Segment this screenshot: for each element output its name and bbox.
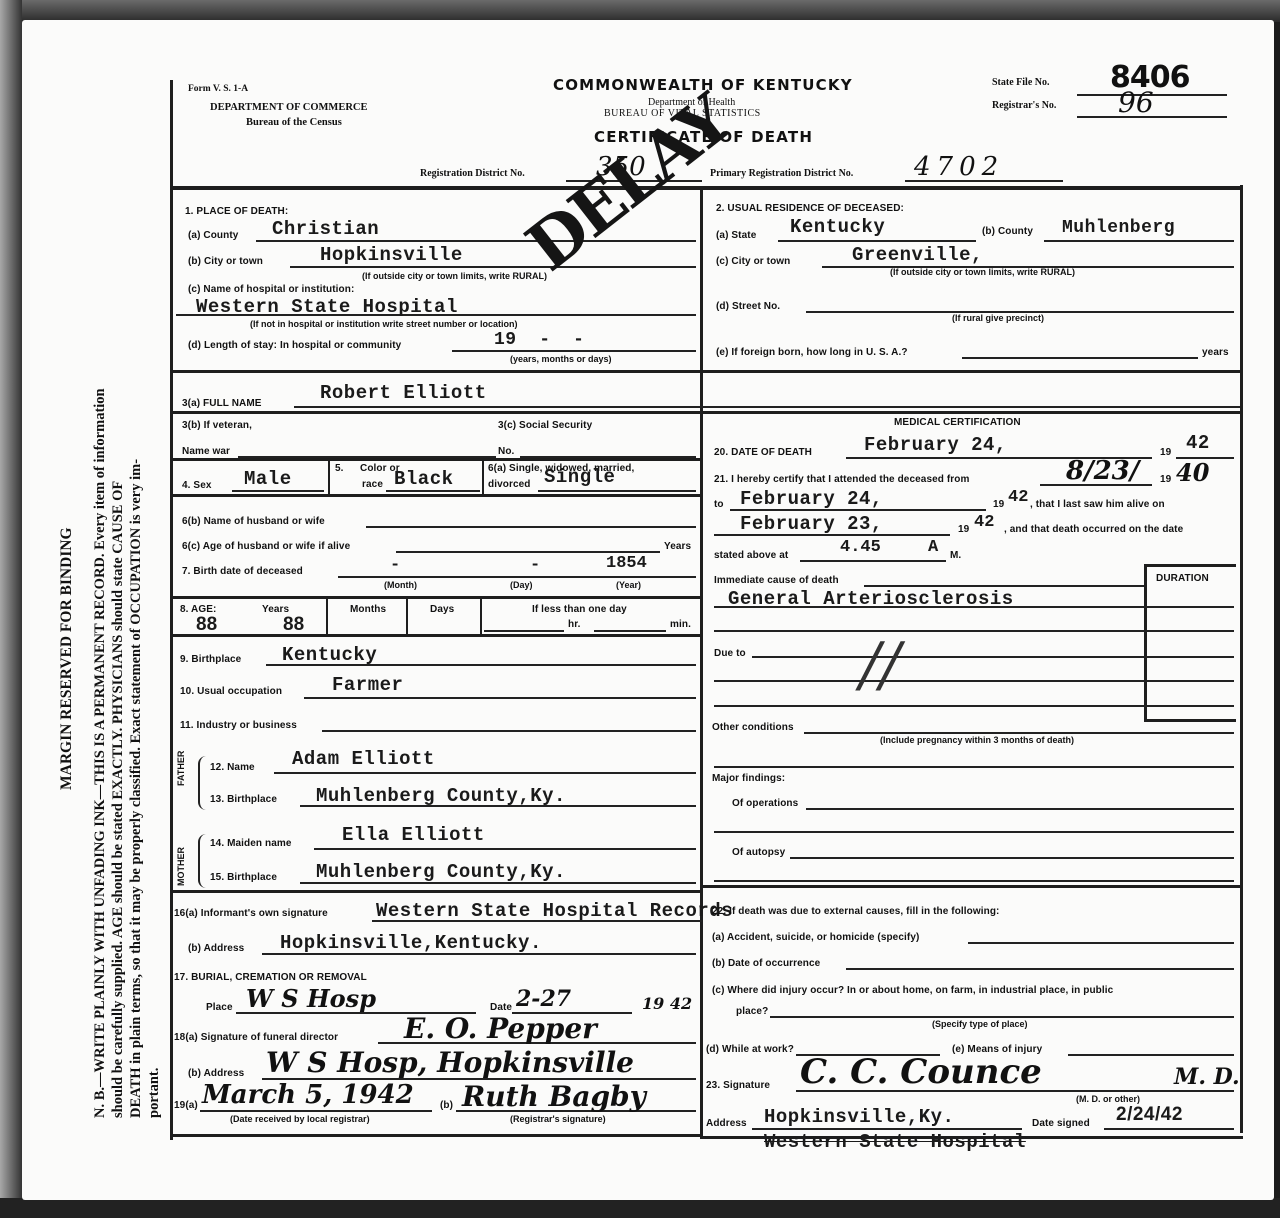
race-value: Black: [394, 468, 454, 490]
registrar-signature-label: (b): [440, 1100, 453, 1111]
day-hint: (Day): [510, 580, 533, 590]
physician-signature: C. C. Counce: [800, 1052, 1042, 1092]
margin-instruction-line2: should be carefully supplied. AGE should…: [110, 481, 127, 1118]
spouse-age-underline: [396, 551, 660, 553]
findings-line-mid: [714, 831, 1234, 833]
ss-no-label: No.: [498, 446, 514, 457]
date-received-underline: [200, 1110, 432, 1112]
burial-label: 17. BURIAL, CREMATION OR REMOVAL: [174, 972, 367, 983]
physician-title-hint: (M. D. or other): [1076, 1094, 1140, 1104]
time-of-death-value: 4.45: [840, 538, 881, 557]
margin-binding-note: MARGIN RESERVED FOR BINDING: [58, 527, 75, 790]
date-signed-value: 2/24/42: [1116, 1104, 1183, 1126]
divider: [326, 598, 328, 634]
mother-name-underline: [314, 848, 696, 850]
other-conditions-underline: [804, 732, 1234, 734]
to-year-value: 42: [1008, 488, 1028, 507]
form-left-border: [170, 80, 173, 1140]
father-name-label: 12. Name: [210, 762, 255, 773]
industry-label: 11. Industry or business: [180, 720, 297, 731]
mother-name-value: Ella Elliott: [342, 824, 485, 846]
date-of-death-label: 20. DATE OF DEATH: [714, 447, 812, 458]
date-signed-underline: [1104, 1128, 1234, 1130]
findings-line-bottom: [714, 880, 1234, 882]
section-rule-1: [170, 370, 1243, 373]
form-bottom-rule-left: [170, 1134, 702, 1137]
autopsy-label: Of autopsy: [732, 847, 785, 858]
date-received-value: March 5, 1942: [202, 1080, 414, 1110]
father-brace: [198, 756, 206, 810]
time-of-death-label: stated above at: [714, 550, 788, 561]
death-city-label: (b) City or town: [188, 256, 263, 267]
death-county-underline: [256, 240, 696, 242]
name-war-label: Name war: [182, 446, 230, 457]
section-rule-6: [170, 634, 700, 637]
residence-state-label: (a) State: [716, 230, 756, 241]
attended-from-value: 8/23/: [1066, 456, 1139, 486]
hospital-label: (c) Name of hospital or institution:: [188, 284, 354, 295]
attended-from-year: 40: [1176, 458, 1209, 487]
residence-heading: 2. USUAL RESIDENCE OF DECEASED:: [716, 203, 904, 214]
foreign-born-unit: years: [1202, 347, 1229, 358]
death-occurred-label: , and that death occurred on the date: [1004, 524, 1183, 535]
death-city-value: Hopkinsville: [320, 244, 463, 266]
registration-district-label: Registration District No.: [420, 168, 525, 179]
hours-label: hr.: [568, 619, 581, 630]
spouse-name-underline: [366, 526, 696, 528]
industry-underline: [322, 730, 696, 732]
major-findings-label: Major findings:: [712, 773, 785, 784]
registrar-signature-hint: (Registrar's signature): [510, 1114, 606, 1124]
minutes-underline: [594, 630, 666, 632]
veteran-label: 3(b) If veteran,: [182, 420, 252, 431]
margin-instruction-line1: N. B.—WRITE PLAINLY WITH UNFADING INK—TH…: [92, 388, 109, 1118]
other-conditions-hint: (Include pregnancy within 3 months of de…: [880, 735, 1074, 745]
funeral-director-label: 18(a) Signature of funeral director: [174, 1032, 338, 1043]
death-county-label: (a) County: [188, 230, 238, 241]
physician-address-value: Hopkinsville,Ky.: [764, 1106, 954, 1128]
cause-line-2: [714, 630, 1234, 632]
residence-city-label: (c) City or town: [716, 256, 790, 267]
birth-date-underline: [338, 576, 696, 578]
while-at-work-label: (d) While at work?: [706, 1044, 794, 1055]
external-causes-label: 22. If death was due to external causes,…: [712, 906, 999, 917]
spouse-name-label: 6(b) Name of husband or wife: [182, 516, 325, 527]
cause-line-4: [714, 705, 1234, 707]
registrar-signature: Ruth Bagby: [462, 1080, 646, 1113]
medical-certification-heading: MEDICAL CERTIFICATION: [894, 417, 1021, 428]
attended-label: 21. I hereby certify that I attended the…: [714, 474, 969, 485]
hours-underline: [484, 630, 564, 632]
means-of-injury-underline: [1068, 1054, 1234, 1056]
residence-county-value: Muhlenberg: [1062, 218, 1175, 238]
street-hint: (If rural give precinct): [952, 313, 1044, 323]
hospital-value: Western State Hospital: [196, 296, 458, 318]
death-city-underline: [290, 266, 696, 268]
time-m-label: M.: [950, 550, 961, 561]
date-received-label: 19(a): [174, 1100, 198, 1111]
occupation-label: 10. Usual occupation: [180, 686, 282, 697]
mother-brace: [198, 834, 206, 888]
death-county-value: Christian: [272, 218, 379, 240]
section-rule-7: [170, 890, 702, 893]
funeral-director-address-label: (b) Address: [188, 1068, 244, 1079]
operations-underline: [806, 808, 1234, 810]
age-value-left: 88: [196, 614, 217, 636]
scan-edge-left: [0, 0, 22, 1218]
burial-date-year: 19 42: [642, 994, 692, 1013]
birth-month-value: -: [390, 556, 400, 575]
autopsy-underline: [790, 857, 1234, 859]
informant-address-value: Hopkinsville,Kentucky.: [280, 932, 542, 954]
father-tag: FATHER: [176, 751, 186, 786]
burial-place-value: W S Hosp: [246, 984, 376, 1013]
findings-line-top: [714, 766, 1234, 768]
age-less-than-day-label: If less than one day: [532, 604, 627, 615]
attended-from-year-prefix: 19: [1160, 474, 1171, 485]
cause-line-3: [714, 680, 1234, 682]
scan-edge-top: [0, 0, 1280, 22]
divider: [482, 460, 484, 496]
injury-location-label: (c) Where did injury occur? In or about …: [712, 985, 1113, 996]
social-security-label: 3(c) Social Security: [498, 420, 592, 431]
last-seen-label: , that I last saw him alive on: [1030, 499, 1165, 510]
date-received-hint: (Date received by local registrar): [230, 1114, 370, 1124]
foreign-born-underline: [962, 357, 1198, 359]
pencil-mark: //: [860, 630, 900, 700]
full-name-value: Robert Elliott: [320, 382, 487, 404]
duration-label: DURATION: [1156, 573, 1209, 584]
occupation-value: Farmer: [332, 674, 403, 696]
physician-address-line2: Western State Hospital: [764, 1131, 1026, 1153]
registrar-no-label: Registrar's No.: [992, 100, 1056, 111]
birth-year-value: 1854: [606, 554, 647, 573]
mother-tag: MOTHER: [176, 847, 186, 886]
date-of-death-value: February 24,: [864, 434, 1007, 456]
residence-county-underline: [1044, 240, 1234, 242]
primary-district-number: 4702: [914, 152, 1004, 182]
spouse-age-label: 6(c) Age of husband or wife if alive: [182, 541, 350, 552]
place-of-death-heading: 1. PLACE OF DEATH:: [185, 206, 288, 217]
last-seen-year-prefix: 19: [958, 524, 969, 535]
attended-to-value: February 24,: [740, 488, 883, 510]
length-of-stay-label: (d) Length of stay: In hospital or commu…: [188, 340, 401, 351]
foreign-born-label: (e) If foreign born, how long in U. S. A…: [716, 347, 908, 358]
scan-edge-bottom: [0, 1198, 1280, 1218]
to-year-prefix: 19: [993, 499, 1004, 510]
spouse-age-unit: Years: [664, 541, 691, 552]
injury-place-hint: (Specify type of place): [932, 1019, 1028, 1029]
minutes-label: min.: [670, 619, 691, 630]
physician-signature-label: 23. Signature: [706, 1080, 770, 1091]
length-of-stay-underline: [452, 350, 696, 352]
birth-date-label: 7. Birth date of deceased: [182, 566, 303, 577]
residence-county-label: (b) County: [982, 226, 1033, 237]
age-days-label: Days: [430, 604, 454, 615]
length-of-stay-hint: (years, months or days): [510, 354, 612, 364]
divider: [480, 598, 482, 634]
occupation-underline: [304, 697, 696, 699]
mother-birthplace-value: Muhlenberg County,Ky.: [316, 861, 566, 883]
operations-label: Of operations: [732, 798, 798, 809]
marital-underline: [538, 490, 696, 492]
accident-label: (a) Accident, suicide, or homicide (spec…: [712, 932, 919, 943]
bureau-left: Bureau of the Census: [246, 117, 342, 128]
physician-title: M. D.: [1174, 1064, 1240, 1090]
father-birthplace-label: 13. Birthplace: [210, 794, 277, 805]
residence-city-hint: (If outside city or town limits, write R…: [890, 267, 1075, 277]
death-city-hint: (If outside city or town limits, write R…: [362, 271, 547, 281]
immediate-cause-value: General Arteriosclerosis: [728, 588, 1014, 610]
mother-name-label: 14. Maiden name: [210, 838, 292, 849]
full-name-underline: [294, 406, 1240, 408]
age-months-label: Months: [350, 604, 386, 615]
header-bottom-rule: [170, 186, 1243, 190]
time-am-pm: A: [928, 538, 938, 557]
occurrence-date-label: (b) Date of occurrence: [712, 958, 820, 969]
form-bottom-rule-right: [700, 1136, 1243, 1139]
other-conditions-label: Other conditions: [712, 722, 794, 733]
father-birthplace-value: Muhlenberg County,Ky.: [316, 785, 566, 807]
state-file-label: State File No.: [992, 77, 1050, 88]
burial-date-value: 2-27: [516, 986, 571, 1012]
form-center-divider: [700, 188, 703, 1138]
physician-address-underline: [752, 1128, 1022, 1130]
section-rule-medical: [700, 885, 1243, 888]
physician-address-label: Address: [706, 1118, 747, 1129]
informant-address-label: (b) Address: [188, 943, 244, 954]
age-years-value: 88: [283, 614, 304, 636]
race-label: race: [362, 479, 383, 490]
immediate-cause-label: Immediate cause of death: [714, 575, 839, 586]
birthplace-value: Kentucky: [282, 644, 377, 666]
month-hint: (Month): [384, 580, 417, 590]
burial-place-label: Place: [206, 1002, 233, 1013]
year-hint: (Year): [616, 580, 641, 590]
primary-district-label: Primary Registration District No.: [710, 168, 853, 179]
funeral-director-signature: E. O. Pepper: [404, 1012, 597, 1045]
last-seen-year-value: 42: [974, 513, 994, 532]
occurrence-date-underline: [846, 968, 1234, 970]
divider: [328, 460, 330, 496]
registrar-number: 96: [1118, 86, 1154, 119]
divider: [406, 598, 408, 634]
section-rule-2: [170, 411, 1243, 414]
length-of-stay-value: 19 - -: [494, 330, 584, 350]
margin-instruction-line3: DEATH in plain terms, so that it may be …: [128, 459, 145, 1118]
dod-year-prefix: 19: [1160, 447, 1171, 458]
race-underline: [386, 490, 480, 492]
duration-box: [1144, 564, 1236, 722]
mother-birthplace-label: 15. Birthplace: [210, 872, 277, 883]
funeral-director-address: W S Hosp, Hopkinsville: [266, 1046, 634, 1079]
sex-underline: [232, 490, 324, 492]
due-to-underline: [752, 656, 1234, 658]
informant-signature-value: Western State Hospital Records: [376, 900, 733, 922]
department-left: DEPARTMENT OF COMMERCE: [210, 102, 368, 113]
time-of-death-underline: [800, 560, 946, 562]
sex-value: Male: [244, 468, 292, 490]
attended-to-label: to: [714, 499, 724, 510]
margin-instruction-line4: portant.: [146, 1068, 163, 1118]
full-name-label: 3(a) FULL NAME: [182, 398, 262, 409]
street-label: (d) Street No.: [716, 301, 780, 312]
accident-underline: [968, 942, 1234, 944]
section-rule-3: [170, 458, 700, 461]
father-name-value: Adam Elliott: [292, 748, 435, 770]
residence-state-value: Kentucky: [790, 216, 885, 238]
residence-city-value: Greenville,: [852, 244, 983, 266]
informant-signature-label: 16(a) Informant's own signature: [174, 908, 328, 919]
form-number: Form V. S. 1-A: [188, 84, 248, 94]
birth-day-value: -: [530, 556, 540, 575]
color-label-number: 5.: [335, 463, 344, 474]
father-name-underline: [274, 772, 696, 774]
birthplace-label: 9. Birthplace: [180, 654, 241, 665]
sex-label: 4. Sex: [182, 480, 212, 491]
dod-year-value: 42: [1186, 432, 1210, 454]
date-signed-label: Date signed: [1032, 1118, 1090, 1129]
immediate-cause-underline: [864, 585, 1144, 587]
due-to-label: Due to: [714, 648, 746, 659]
residence-state-underline: [778, 240, 976, 242]
marital-status-value: Single: [544, 466, 615, 488]
form-right-border: [1240, 185, 1243, 1133]
hospital-hint: (If not in hospital or institution write…: [250, 319, 518, 329]
last-seen-value: February 23,: [740, 513, 883, 535]
injury-place-underline: [770, 1016, 1234, 1018]
section-rule-5: [170, 596, 700, 599]
section-rule-4: [170, 494, 700, 497]
divorced-label: divorced: [488, 479, 530, 490]
injury-place-label: place?: [736, 1006, 768, 1017]
